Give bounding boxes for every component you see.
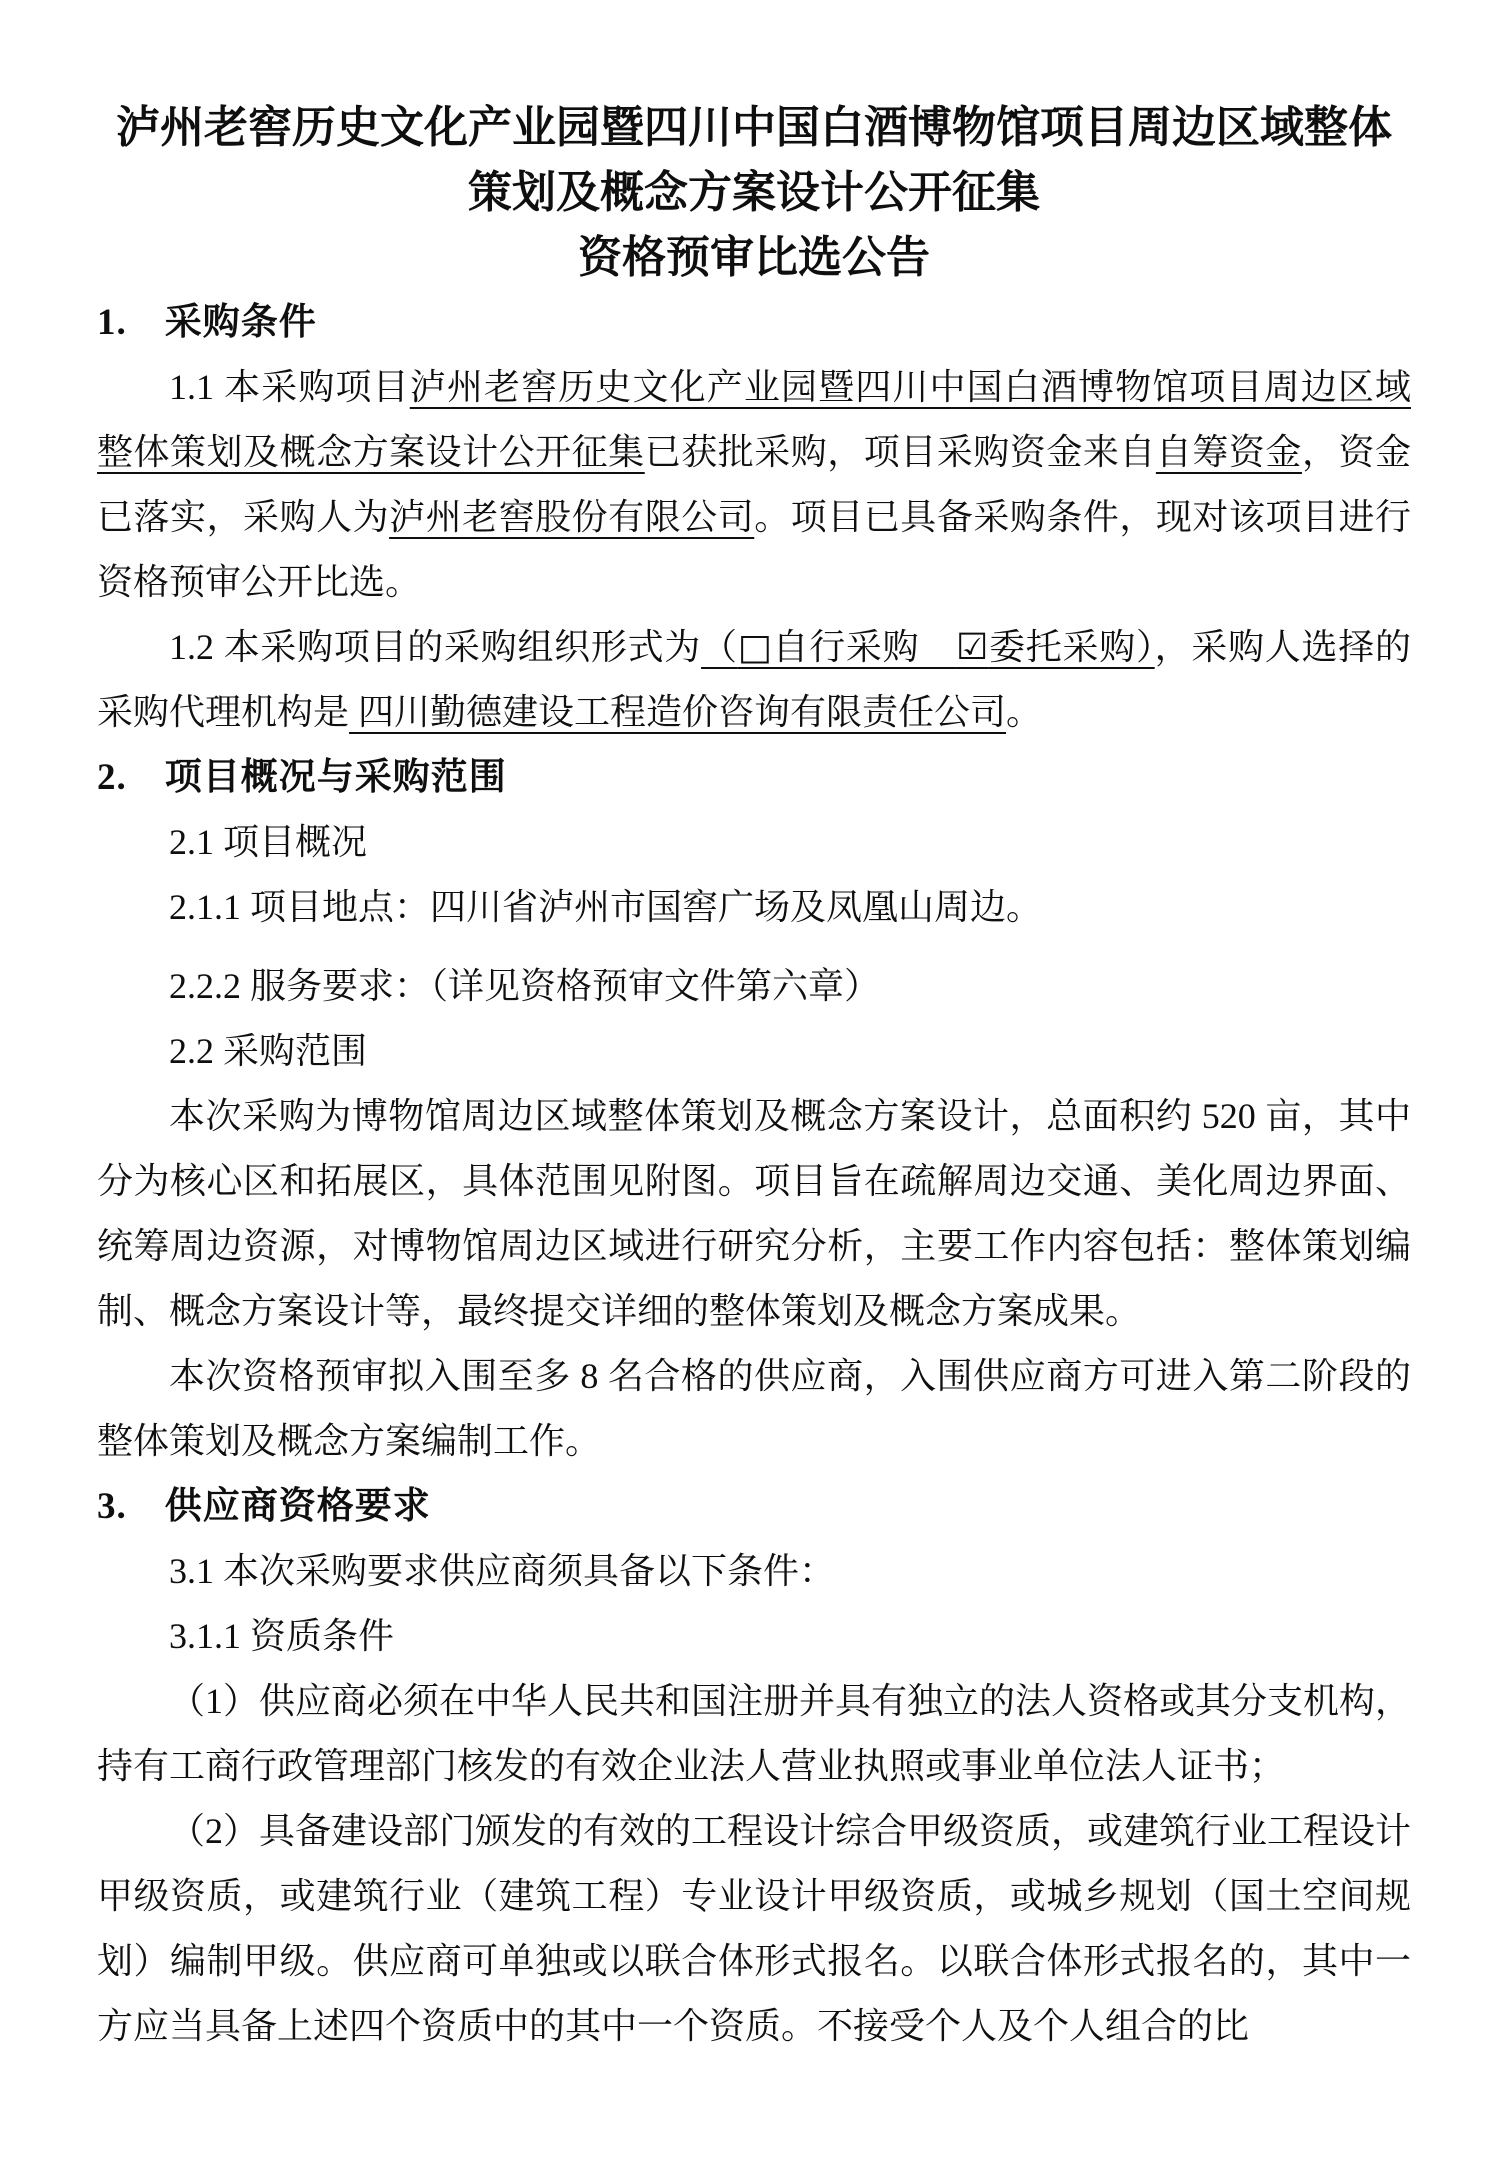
paragraph-1-2: 1.2 本采购项目的采购组织形式为（□自行采购 ☑委托采购），采购人选择的采购代… <box>97 615 1411 745</box>
paragraph-3-1: 3.1 本次采购要求供应商须具备以下条件： <box>97 1539 1411 1604</box>
document-subtitle: 资格预审比选公告 <box>97 225 1411 290</box>
page: 泸州老窖历史文化产业园暨四川中国白酒博物馆项目周边区域整体策划及概念方案设计公开… <box>0 0 1500 2169</box>
paragraph-scope-2: 本次资格预审拟入围至多 8 名合格的供应商，入围供应商方可进入第二阶段的整体策划… <box>97 1344 1411 1474</box>
paragraph-2-2-2: 2.2.2 服务要求：（详见资格预审文件第六章） <box>97 954 1411 1019</box>
section-3-heading: 3. 供应商资格要求 <box>97 1474 1411 1539</box>
paragraph-qualification-2: （2）具备建设部门颁发的有效的工程设计综合甲级资质，或建筑行业工程设计甲级资质，… <box>97 1799 1411 2059</box>
paragraph-2-1: 2.1 项目概况 <box>97 810 1411 875</box>
paragraph-scope-1: 本次采购为博物馆周边区域整体策划及概念方案设计，总面积约 520 亩，其中分为核… <box>97 1084 1411 1344</box>
paragraph-2-1-1: 2.1.1 项目地点：四川省泸州市国窖广场及凤凰山周边。 <box>97 875 1411 940</box>
checkbox-checked-icon: ☑ <box>956 627 988 668</box>
paragraph-3-1-1: 3.1.1 资质条件 <box>97 1604 1411 1669</box>
document-title: 泸州老窖历史文化产业园暨四川中国白酒博物馆项目周边区域整体策划及概念方案设计公开… <box>97 95 1411 225</box>
paragraph-qualification-1: （1）供应商必须在中华人民共和国注册并具有独立的法人资格或其分支机构，持有工商行… <box>97 1669 1411 1799</box>
section-2-heading: 2. 项目概况与采购范围 <box>97 745 1411 810</box>
section-1-heading: 1. 采购条件 <box>97 290 1411 355</box>
paragraph-2-2: 2.2 采购范围 <box>97 1019 1411 1084</box>
paragraph-1-1: 1.1 本采购项目泸州老窖历史文化产业园暨四川中国白酒博物馆项目周边区域整体策划… <box>97 355 1411 615</box>
checkbox-unchecked-icon: □ <box>738 627 773 668</box>
